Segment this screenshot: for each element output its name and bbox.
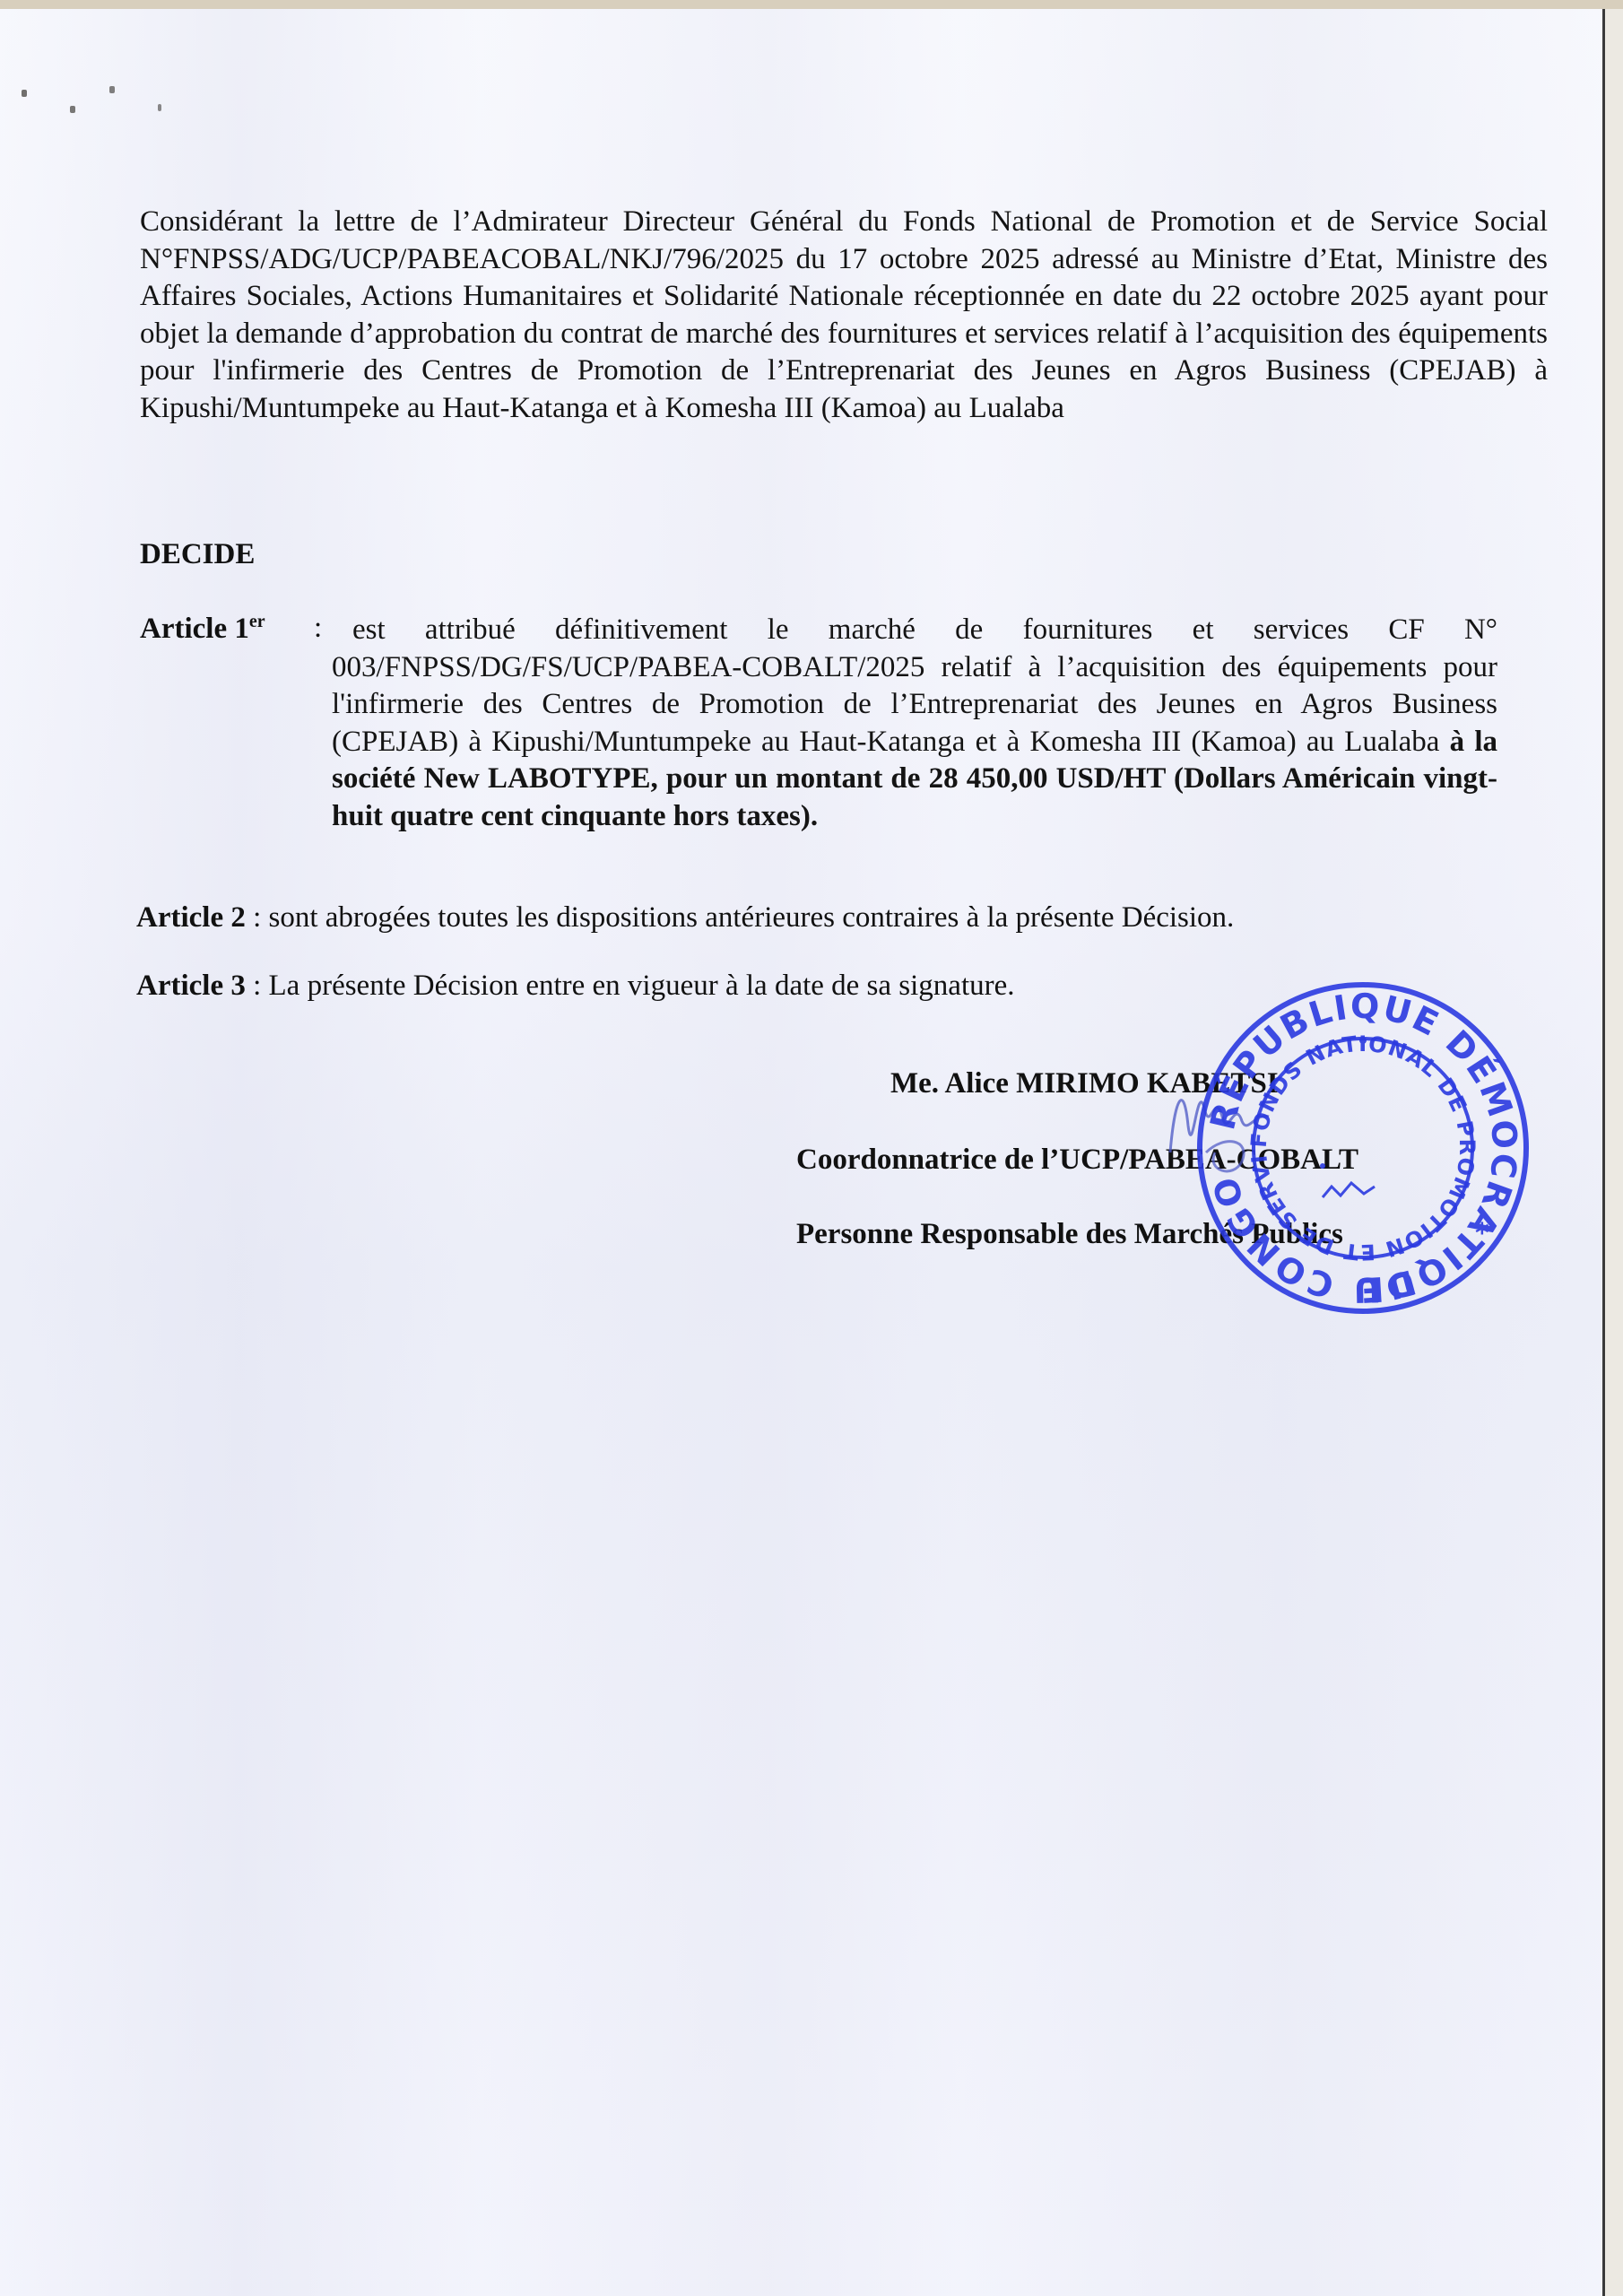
- article-1-label-sup: er: [249, 612, 265, 631]
- article-3-label: Article 3: [136, 970, 246, 1002]
- decide-heading: DECIDE: [140, 538, 255, 571]
- article-3: Article 3 : La présente Décision entre e…: [136, 970, 1015, 1003]
- article-1-body: est attribué définitivement le marché de…: [332, 612, 1497, 835]
- article-2-body: : sont abrogées toutes les dispositions …: [246, 901, 1234, 934]
- svg-text:*: *: [1475, 1218, 1489, 1249]
- official-stamp: RÉPUBLIQUE DÉMOCRATIQUE DU CONGO FONDS N…: [1188, 973, 1538, 1323]
- scan-top-edge: [0, 0, 1623, 9]
- article-3-body: : La présente Décision entre en vigueur …: [246, 970, 1015, 1002]
- article-2-label: Article 2: [136, 901, 246, 934]
- article-1-body-regular: est attribué définitivement le marché de…: [332, 613, 1497, 758]
- preamble-paragraph: Considérant la lettre de l’Admirateur Di…: [140, 204, 1548, 427]
- article-1-label: Article 1er: [140, 612, 265, 646]
- article-1-colon: :: [314, 612, 322, 645]
- article-1-label-text: Article 1: [140, 613, 249, 645]
- article-2: Article 2 : sont abrogées toutes les dis…: [136, 901, 1234, 935]
- scan-specks: [18, 72, 170, 126]
